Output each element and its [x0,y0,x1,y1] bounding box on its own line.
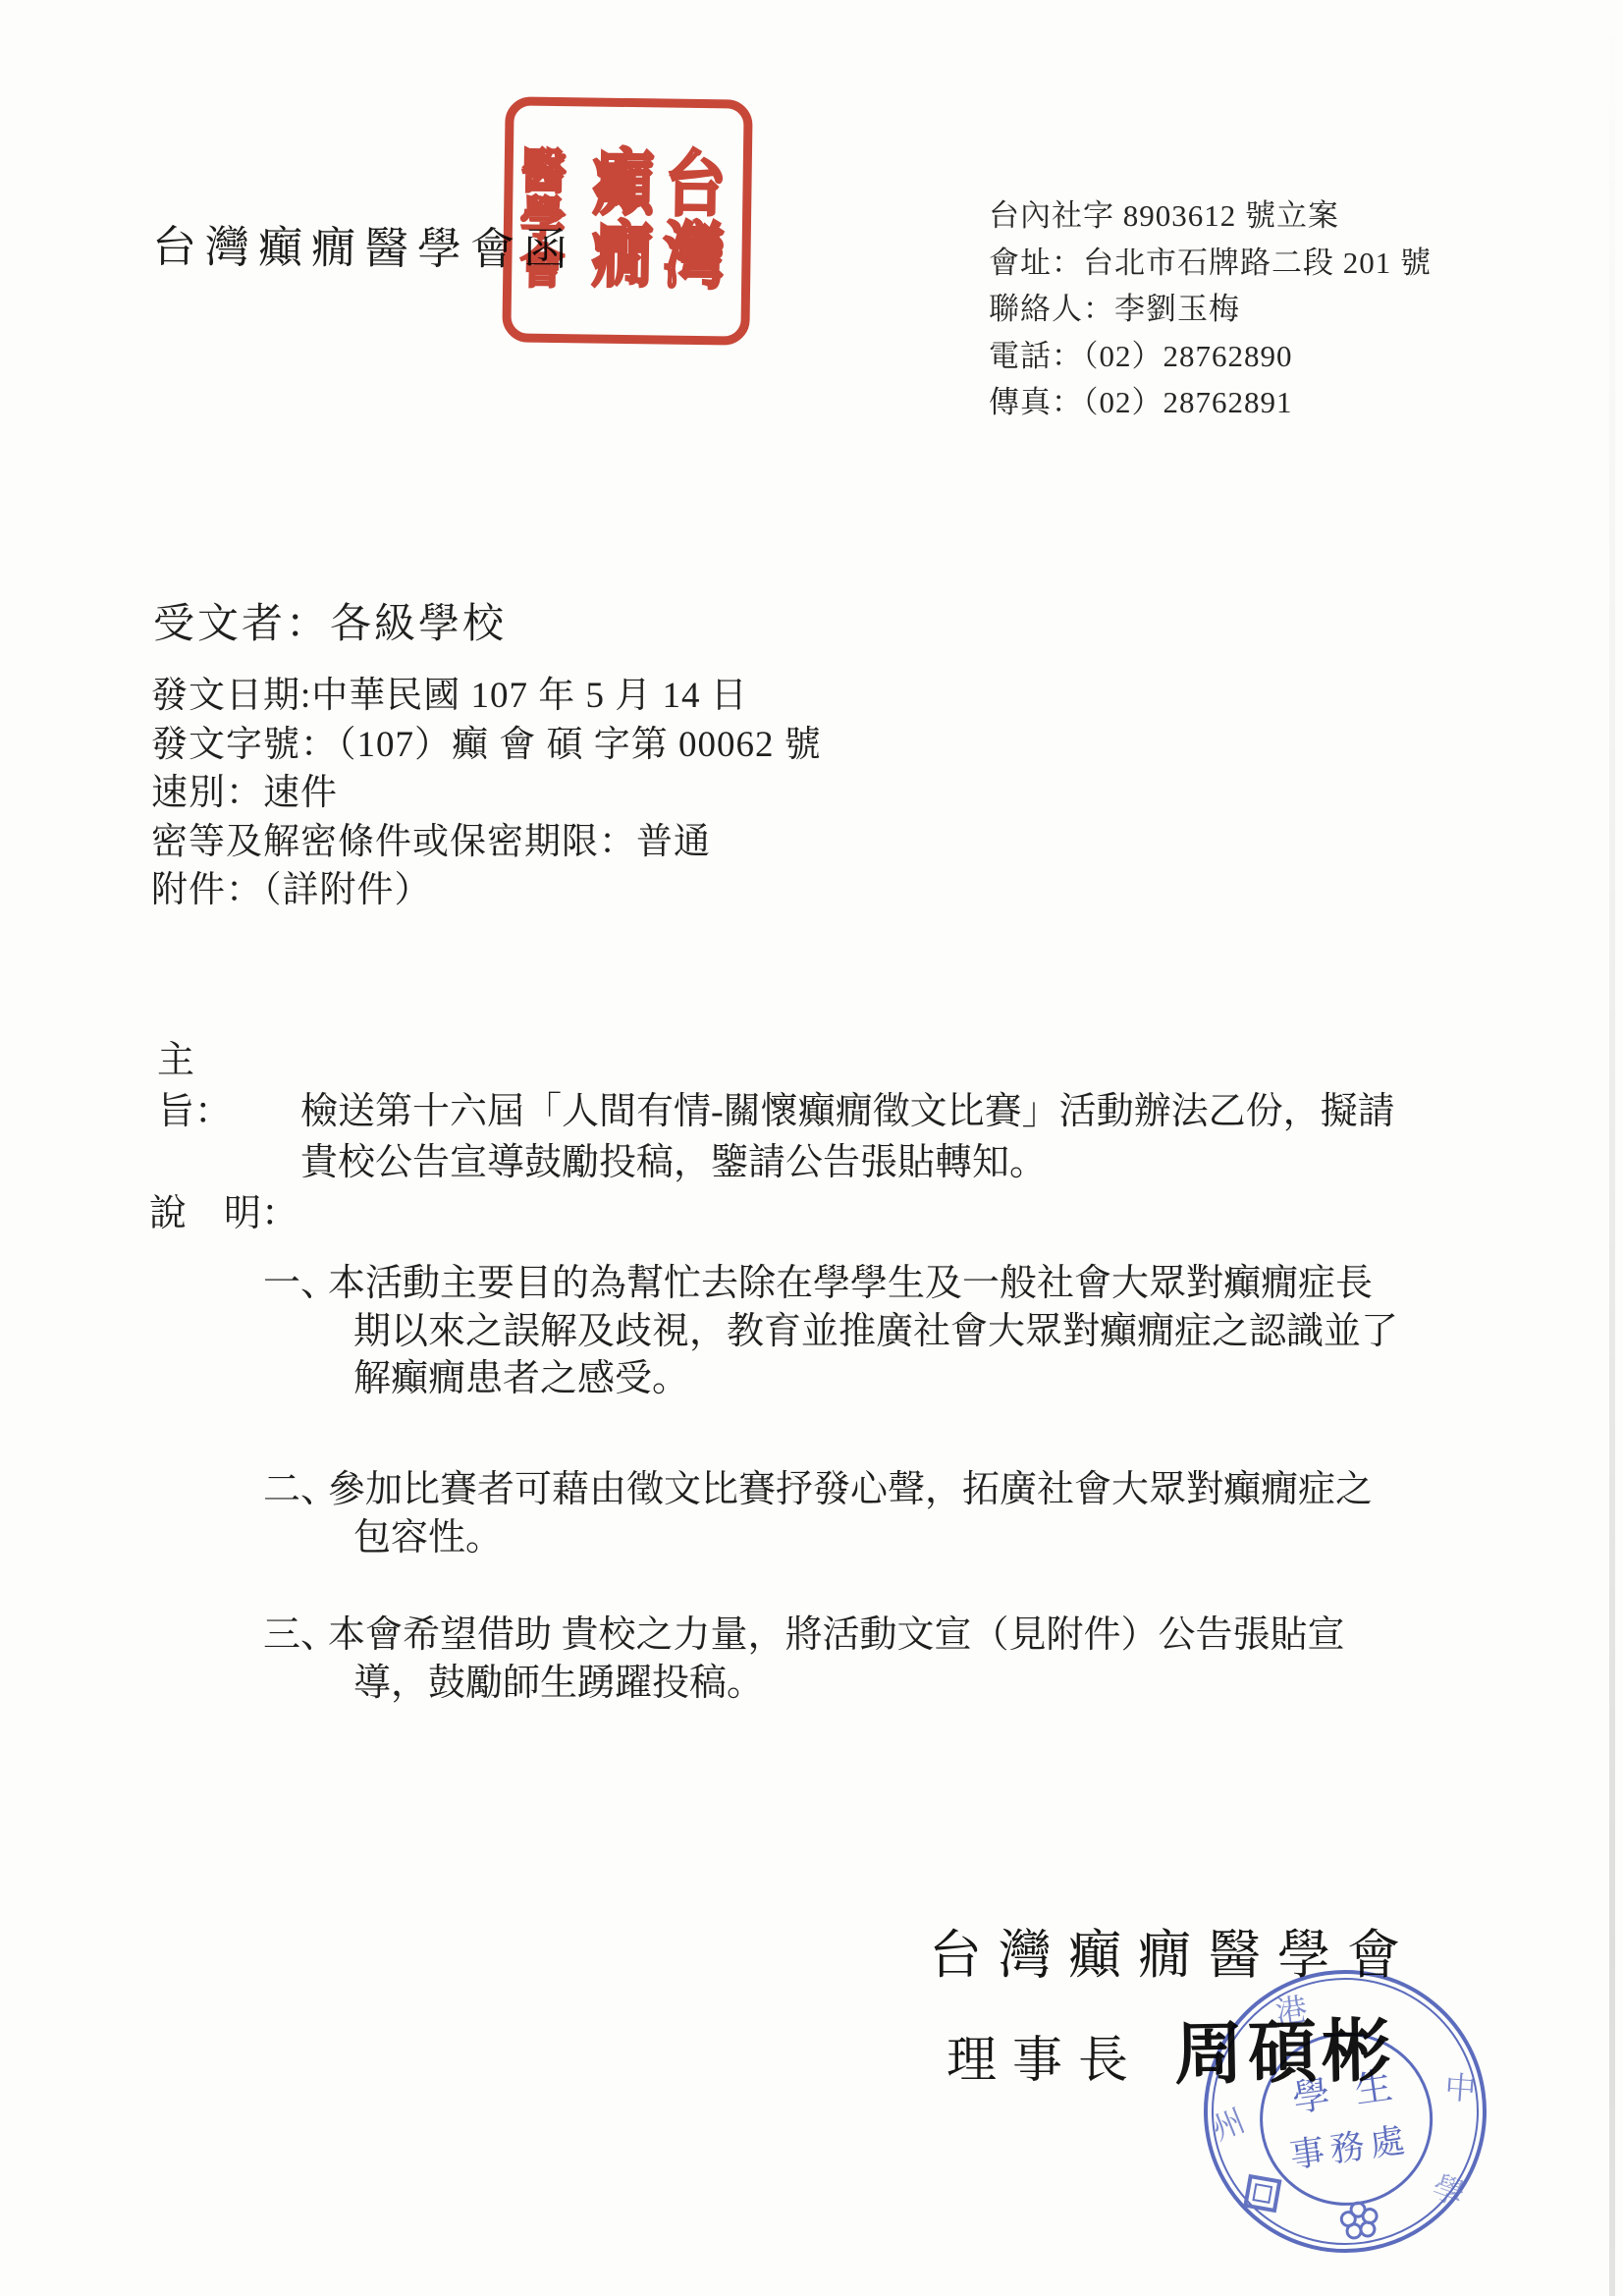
item1-text-2: 期以來之誤解及歧視，教育並推廣社會大眾對癲癇症之認識並了 [353,1308,1441,1356]
letterhead-info-block: 台內社字 8903612 號立案 會址：台北市石牌路二段 201 號 聯絡人：李… [989,192,1432,426]
item1-text-3: 解癲癇患者之感受。 [353,1355,1441,1403]
recipient-line: 受文者：各級學校 [153,591,507,650]
address-line: 會址：台北市石牌路二段 201 號 [989,240,1432,287]
explanation-item-1: 一、本活動主要目的為幫忙去除在學學生及一般社會大眾對癲癇症長 期以來之誤解及歧視… [263,1260,1441,1403]
item2-line-1: 二、參加比賽者可藉由徵文比賽抒發心聲，拓廣社會大眾對癲癇症之 [263,1466,1441,1514]
chairman-title: 理事長 [947,2019,1144,2092]
attachment-line: 附件：（詳附件） [151,866,822,915]
subject-line-1: 主 旨：檢送第十六屆「人間有情-關懷癲癇徵文比賽」活動辦法乙份，擬請 [157,1035,1463,1137]
security-class-line: 密等及解密條件或保密期限：普通 [151,818,822,867]
item3-text-2: 導，鼓勵師生踴躍投稿。 [353,1660,1441,1708]
item1-number: 一、 [263,1260,328,1308]
seal-column-left: 醫學會 [519,115,592,324]
organization-red-seal: 醫學會 癲癇 台灣 [502,96,752,345]
receipt-stamp: 港 中 州 學 學生 事務處 [1185,1951,1504,2270]
item2-text-1: 參加比賽者可藉由徵文比賽抒發心聲，拓廣社會大眾對癲癇症之 [328,1469,1373,1510]
seal-column-middle: 癲癇 [591,117,664,326]
seal-text-middle: 癲癇 [591,148,663,293]
subject-label: 主 旨： [157,1035,300,1137]
letter-page: 台灣癲癇醫學會函 醫學會 癲癇 台灣 台內社字 8903612 號立案 會址：台… [0,0,1623,2296]
item2-number: 二、 [263,1466,328,1514]
doc-number-line: 發文字號：（107）癲 會 碩 字第 00062 號 [151,721,822,770]
contact-person: 聯絡人：李劉玉梅 [989,286,1432,333]
item1-text-1: 本活動主要目的為幫忙去除在學學生及一般社會大眾對癲癇症長 [328,1263,1373,1304]
item3-line-1: 三、本會希望借助 貴校之力量，將活動文宣（見附件）公告張貼宣 [263,1612,1441,1660]
issue-date-line: 發文日期:中華民國 107 年 5 月 14 日 [151,672,822,721]
seal-column-right: 台灣 [663,118,735,327]
subject-text-2: 貴校公告宣導鼓勵投稿，鑒請公告張貼轉知。 [300,1137,1463,1188]
plum-blossom-icon [1334,2196,1385,2247]
item3-text-1: 本會希望借助 貴校之力量，將活動文宣（見附件）公告張貼宣 [328,1614,1345,1656]
stamp-ring-char: 中 [1443,2062,1478,2109]
seal-text-left: 醫學會 [519,148,591,292]
item1-line-1: 一、本活動主要目的為幫忙去除在學學生及一般社會大眾對癲癇症長 [263,1260,1441,1308]
stamp-square-emblem-icon [1243,2174,1281,2213]
subject-text-1: 檢送第十六屆「人間有情-關懷癲癇徵文比賽」活動辦法乙份，擬請 [300,1091,1395,1132]
speed-class-line: 速別：速件 [151,769,822,818]
item2-text-2: 包容性。 [353,1514,1441,1562]
explanation-item-3: 三、本會希望借助 貴校之力量，將活動文宣（見附件）公告張貼宣 導，鼓勵師生踴躍投… [263,1612,1441,1707]
explanation-item-2: 二、參加比賽者可藉由徵文比賽抒發心聲，拓廣社會大眾對癲癇症之 包容性。 [263,1466,1441,1561]
fax-line: 傳真：（02）28762891 [989,379,1432,426]
scan-artifact-line [1609,0,1615,2296]
seal-text-right: 台灣 [664,149,735,294]
item3-number: 三、 [263,1612,328,1660]
registration-number: 台內社字 8903612 號立案 [989,192,1432,240]
stamp-ring-char: 港 [1272,1985,1310,2034]
phone-line: 電話：（02）28762890 [989,333,1432,380]
subject-section: 主 旨：檢送第十六屆「人間有情-關懷癲癇徵文比賽」活動辦法乙份，擬請 貴校公告宣… [157,1035,1463,1188]
meta-block: 發文日期:中華民國 107 年 5 月 14 日 發文字號：（107）癲 會 碩… [151,672,822,915]
explanation-label: 說 明： [149,1182,298,1236]
